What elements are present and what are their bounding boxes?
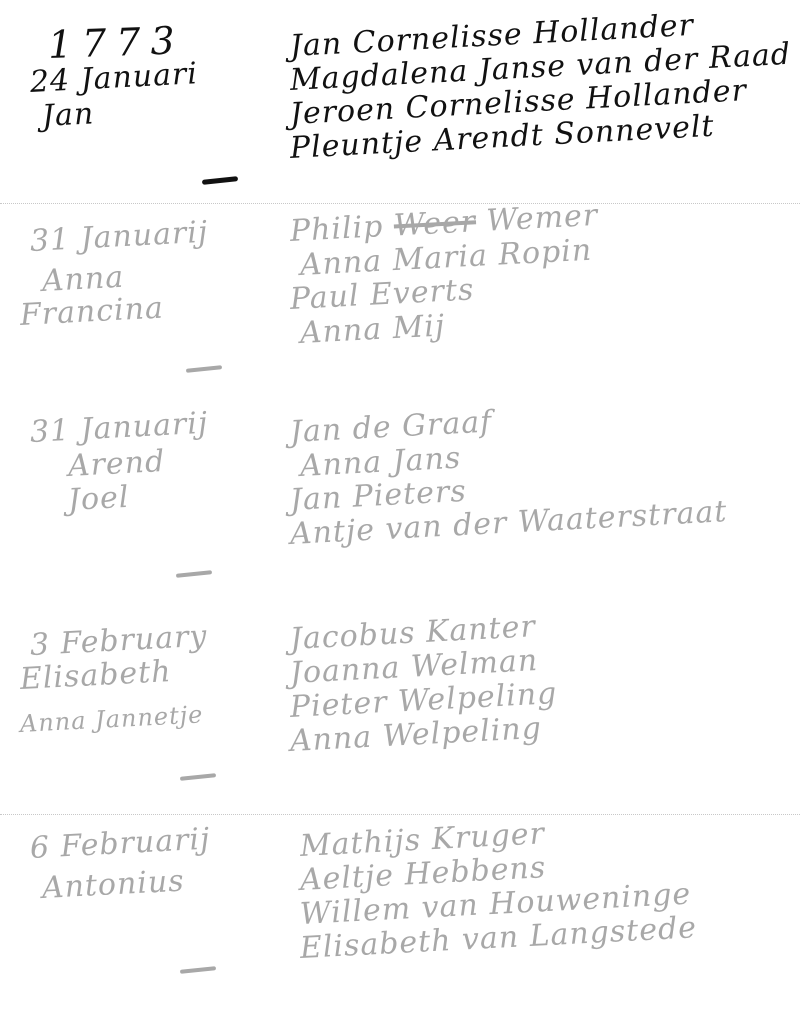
entry-end-mark [202,176,238,185]
struck-out-word: Weer [393,204,477,243]
entry-end-mark [180,966,216,974]
entry-end-mark [180,773,216,781]
child-name-continued: Anna Jannetje [19,693,280,741]
entry-end-mark [176,570,212,578]
entry-date: 31 Januarij [29,212,280,259]
register-page: 1773 24 Januari Jan Jan Cornelisse Holla… [0,0,800,1018]
child-name: Antonius [41,860,280,906]
father-first-name: Philip [289,209,384,249]
entry-end-mark [186,365,222,373]
entry-date: 6 Februarij [29,819,280,866]
